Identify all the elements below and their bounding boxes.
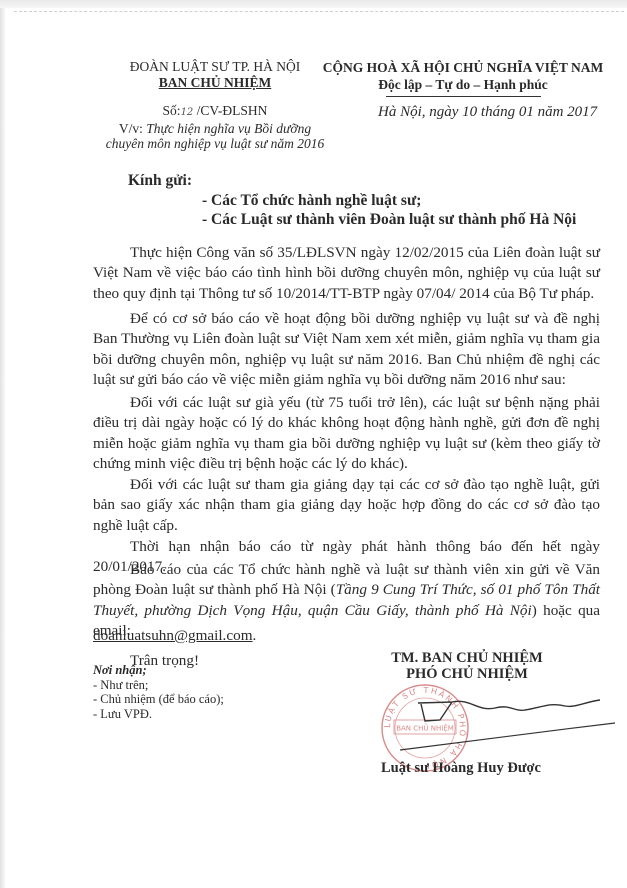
addressee-label: Kính gửi: [128, 172, 192, 190]
scan-edge-left [0, 0, 5, 888]
national-motto: Độc lập – Tự do – Hạnh phúc [308, 76, 618, 93]
issuer-header: ĐOÀN LUẬT SƯ TP. HÀ NỘI BAN CHỦ NHIỆM [95, 59, 335, 91]
signature-line-1: TM. BAN CHỦ NHIỆM [372, 650, 562, 666]
document-date: Hà Nội, ngày 10 tháng 01 năm 2017 [378, 104, 597, 121]
scan-edge-top [0, 0, 627, 8]
scan-perforation-line [14, 11, 624, 12]
email-period: . [253, 627, 257, 644]
recipient-item: - Chủ nhiệm (để báo cáo); [93, 692, 224, 707]
motto-underline [386, 96, 541, 97]
subject-label: V/v: [119, 121, 143, 136]
signature-line-2: PHÓ CHỦ NHIỆM [372, 666, 562, 682]
addressee-recipient-1: - Các Tổ chức hành nghề luật sư; [202, 192, 421, 210]
issuer-dept: BAN CHỦ NHIỆM [95, 75, 335, 91]
recipients-label: Nơi nhận; [93, 663, 224, 678]
email-link[interactable]: doanluatsuhn@gmail.com [93, 627, 253, 644]
email-line: doanluatsuhn@gmail.com. [93, 627, 256, 645]
signature-title: TM. BAN CHỦ NHIỆM PHÓ CHỦ NHIỆM [372, 650, 562, 682]
recipient-item: - Lưu VPĐ. [93, 707, 224, 722]
number-prefix: Số: [163, 103, 181, 118]
document-number: Số:12 /CV-ĐLSHN [95, 103, 335, 121]
body-paragraph-3: Đối với các luật sư già yếu (từ 75 tuổi … [93, 393, 600, 474]
body-paragraph-1: Thực hiện Công văn số 35/LĐLSVN ngày 12/… [93, 243, 600, 304]
issuer-org: ĐOÀN LUẬT SƯ TP. HÀ NỘI [95, 59, 335, 75]
subject-line-1: Thực hiện nghĩa vụ Bồi dưỡng [146, 121, 311, 136]
signer-name: Luật sư Hoàng Huy Được [381, 760, 541, 777]
document-reference: Số:12 /CV-ĐLSHN V/v: Thực hiện nghĩa vụ … [95, 103, 335, 152]
national-header: CỘNG HOÀ XÃ HỘI CHỦ NGHĨA VIỆT NAM Độc l… [308, 59, 618, 97]
recipients-block: Nơi nhận; - Như trên; - Chủ nhiệm (để bá… [93, 663, 224, 721]
number-suffix: /CV-ĐLSHN [197, 103, 268, 118]
paragraph-text: Đối với các luật sư tham gia giảng dạy t… [93, 475, 600, 536]
body-paragraph-2: Để có cơ sở báo cáo về hoạt động bồi dưỡ… [93, 309, 600, 390]
body-paragraph-4: Đối với các luật sư tham gia giảng dạy t… [93, 475, 600, 536]
paragraph-text: Thực hiện Công văn số 35/LĐLSVN ngày 12/… [93, 243, 600, 304]
handwritten-signature-icon [400, 690, 627, 770]
paragraph-text: Đối với các luật sư già yếu (từ 75 tuổi … [93, 393, 600, 474]
document-subject: V/v: Thực hiện nghĩa vụ Bồi dưỡng [95, 121, 335, 137]
paragraph-text: Để có cơ sở báo cáo về hoạt động bồi dưỡ… [93, 309, 600, 390]
handwritten-number: 12 [181, 107, 194, 118]
subject-line-2: chuyên môn nghiệp vụ luật sư năm 2016 [95, 136, 335, 152]
recipient-item: - Như trên; [93, 678, 224, 693]
country-name: CỘNG HOÀ XÃ HỘI CHỦ NGHĨA VIỆT NAM [308, 59, 618, 76]
addressee-recipient-2: - Các Luật sư thành viên Đoàn luật sư th… [202, 211, 576, 229]
